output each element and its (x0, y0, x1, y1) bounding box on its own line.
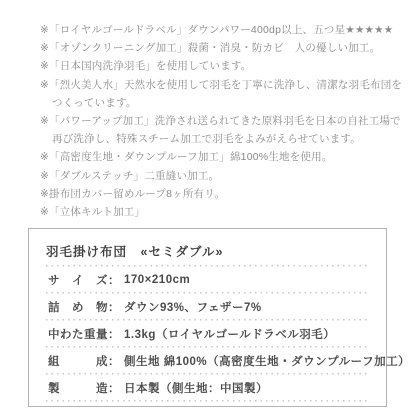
spec-value: 日本製（側生地：中国製） (120, 380, 268, 396)
spec-label: 製 造： (46, 380, 120, 396)
spec-row-manufacture: 製 造： 日本製（側生地：中国製） (46, 375, 369, 400)
spec-row-composition: 組 成： 側生地 綿100%（高密度生地・ダウンプルーフ加工） (46, 348, 369, 373)
spec-box-title: 羽毛掛け布団 «セミダブル» (46, 229, 369, 265)
note-line-continuation: つくっています。 (40, 94, 402, 112)
product-notes-list: ※「ロイヤルゴールドラベル」ダウンパワー400dp以上、五つ星★★★★★ ※「オ… (40, 21, 402, 221)
spec-label: 中わた重量： (46, 326, 120, 342)
spec-label: 組 成： (46, 353, 120, 369)
spec-value: 170×210cm (120, 274, 190, 286)
spec-value: ダウン93%、フェザー7% (120, 299, 262, 315)
note-line: ※「日本国内洗浄羽毛」を使用しています。 (40, 57, 402, 75)
spec-row-fill-weight: 中わた重量： 1.3kg（ロイヤルゴールドラベル羽毛） (46, 321, 369, 346)
note-line: ※「パワーアップ加工」洗浄され送られてきた原料羽毛を日本の自社工場で (40, 112, 402, 130)
dotted-divider (46, 400, 369, 402)
spec-row-size: サ イ ズ： 170×210cm (46, 267, 369, 292)
spec-value: 側生地 綿100%（高密度生地・ダウンプルーフ加工） (120, 353, 410, 369)
spec-label: 詰 め 物： (46, 299, 120, 315)
product-spec-box: 羽毛掛け布団 «セミダブル» サ イ ズ： 170×210cm 詰 め 物： ダ… (28, 228, 387, 407)
note-line: ※「立体キルト加工」 (40, 203, 402, 221)
spec-label: サ イ ズ： (46, 272, 120, 288)
note-line: ※「ロイヤルゴールドラベル」ダウンパワー400dp以上、五つ星★★★★★ (40, 21, 402, 39)
note-line: ※掛布団カバー留めループ8ヶ所有リ。 (40, 185, 402, 203)
note-line: ※「オゾンクリーニング加工」殺菌・消臭・防カビ 人の優しい加工。 (40, 39, 402, 57)
spec-row-filling: 詰 め 物： ダウン93%、フェザー7% (46, 294, 369, 319)
note-line: ※「烈火美人水」天然水を使用して羽毛を丁寧に洗浄し、清潔な羽毛布団を (40, 76, 402, 94)
note-line: ※「高密度生地・ダウンプルーフ加工」綿100%生地を使用。 (40, 148, 402, 166)
note-line: ※「ダブルステッチ」二重縫い加工。 (40, 167, 402, 185)
spec-value: 1.3kg（ロイヤルゴールドラベル羽毛） (120, 326, 335, 342)
note-line-continuation: 再び洗浄し、特殊スチーム加工で羽毛をよみがえらせています。 (40, 130, 402, 148)
